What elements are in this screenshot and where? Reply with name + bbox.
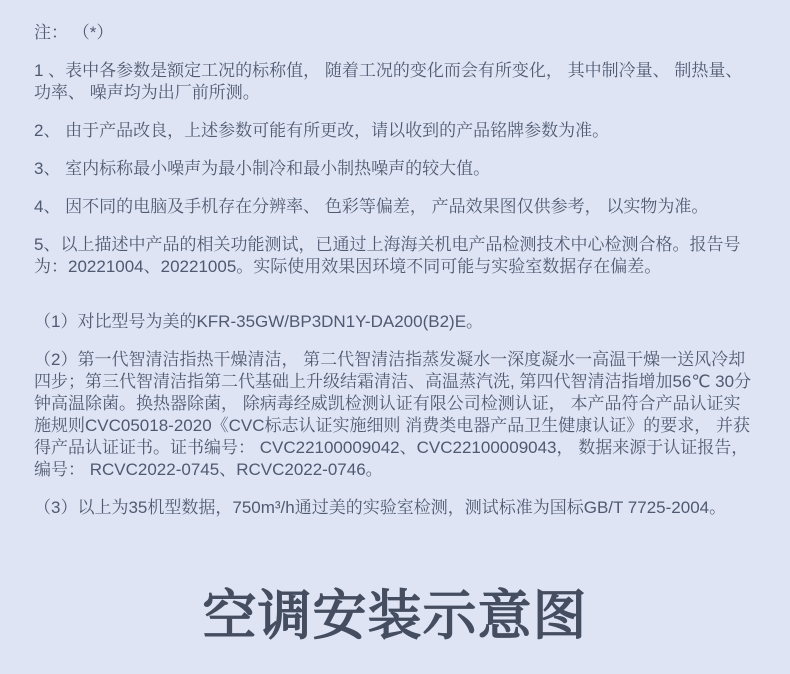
note-item-3: 3、 室内标称最小噪声为最小制冷和最小制热噪声的较大值。	[34, 158, 756, 180]
note-item-5: 5、以上描述中产品的相关功能测试，已通过上海海关机电产品检测技术中心检测合格。报…	[34, 234, 756, 278]
note-item-2: 2、 由于产品改良，上述参数可能有所更改，请以收到的产品铭牌参数为准。	[34, 120, 756, 142]
footnotes-section: （1）对比型号为美的KFR-35GW/BP3DN1Y-DA200(B2)E。 （…	[34, 294, 756, 519]
notes-header: 注： （*）	[34, 22, 756, 44]
notes-section: 注： （*） 1 、表中各参数是额定工况的标称值， 随着工况的变化而会有所变化，…	[34, 22, 756, 519]
footnote-item-3: （3）以上为35机型数据，750m³/h通过美的实验室检测，测试标准为国标GB/…	[34, 497, 756, 519]
product-notes-page: 注： （*） 1 、表中各参数是额定工况的标称值， 随着工况的变化而会有所变化，…	[0, 0, 790, 674]
section-title: 空调安装示意图	[34, 535, 756, 646]
footnote-item-1: （1）对比型号为美的KFR-35GW/BP3DN1Y-DA200(B2)E。	[34, 311, 756, 333]
footnote-item-2: （2）第一代智清洁指热干燥清洁， 第二代智清洁指蒸发凝水一深度凝水一高温干燥一送…	[34, 349, 756, 481]
note-item-4: 4、 因不同的电脑及手机存在分辨率、 色彩等偏差， 产品效果图仅供参考， 以实物…	[34, 196, 756, 218]
note-item-1: 1 、表中各参数是额定工况的标称值， 随着工况的变化而会有所变化， 其中制冷量、…	[34, 60, 756, 104]
